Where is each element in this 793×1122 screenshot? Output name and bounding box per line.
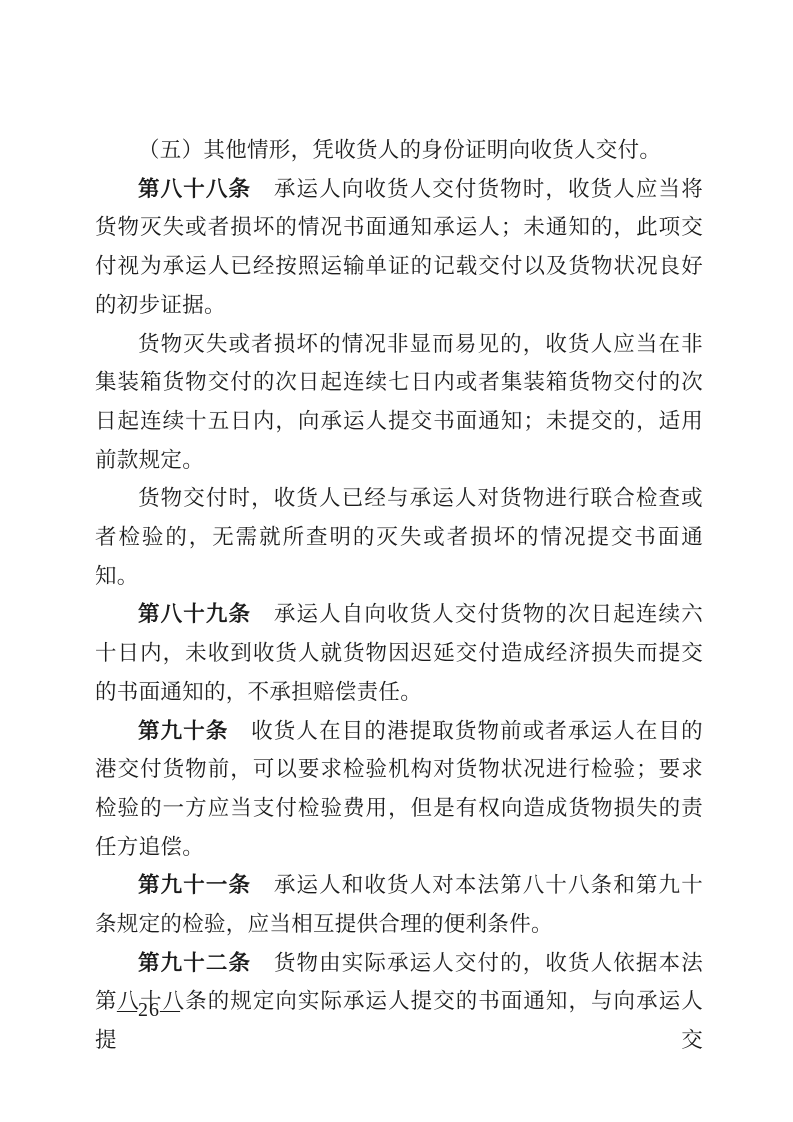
paragraph-text: （五）其他情形，凭收货人的身份证明向收货人交付。 [138,138,661,162]
paragraph-article-89: 第八十九条承运人自向收货人交付货物的次日起连续六十日内，未收到收货人就货物因迟延… [95,595,703,711]
paragraph-article-88: 第八十八条承运人向收货人交付货物时，收货人应当将货物灭失或者损坏的情况书面通知承… [95,170,703,325]
paragraph: 货物灭失或者损坏的情况非显而易见的，收货人应当在非集装箱货物交付的次日起连续七日… [95,325,703,480]
paragraph: （五）其他情形，凭收货人的身份证明向收货人交付。 [95,131,703,170]
article-number: 第九十一条 [138,873,274,897]
paragraph-text: 货物灭失或者损坏的情况非显而易见的，收货人应当在非集装箱货物交付的次日起连续七日… [95,332,703,472]
article-number: 第九十二条 [138,951,274,975]
paragraph-article-90: 第九十条收货人在目的港提取货物前或者承运人在目的港交付货物前，可以要求检验机构对… [95,712,703,867]
paragraph-text: 货物交付时，收货人已经与承运人对货物进行联合检查或者检验的，无需就所查明的灭失或… [95,486,703,587]
document-body: （五）其他情形，凭收货人的身份证明向收货人交付。 第八十八条承运人向收货人交付货… [95,131,703,1060]
paragraph-article-91: 第九十一条承运人和收货人对本法第八十八条和第九十条规定的检验，应当相互提供合理的… [95,866,703,943]
article-number: 第八十九条 [138,602,274,626]
paragraph: 货物交付时，收货人已经与承运人对货物进行联合检查或者检验的，无需就所查明的灭失或… [95,479,703,595]
paragraph-article-92: 第九十二条货物由实际承运人交付的，收货人依据本法第八十八条的规定向实际承运人提交… [95,944,703,1060]
article-number: 第八十八条 [138,177,274,201]
document-page: （五）其他情形，凭收货人的身份证明向收货人交付。 第八十八条承运人向收货人交付货… [0,0,793,1122]
page-number: —26— [117,997,181,1023]
article-number: 第九十条 [138,719,251,743]
